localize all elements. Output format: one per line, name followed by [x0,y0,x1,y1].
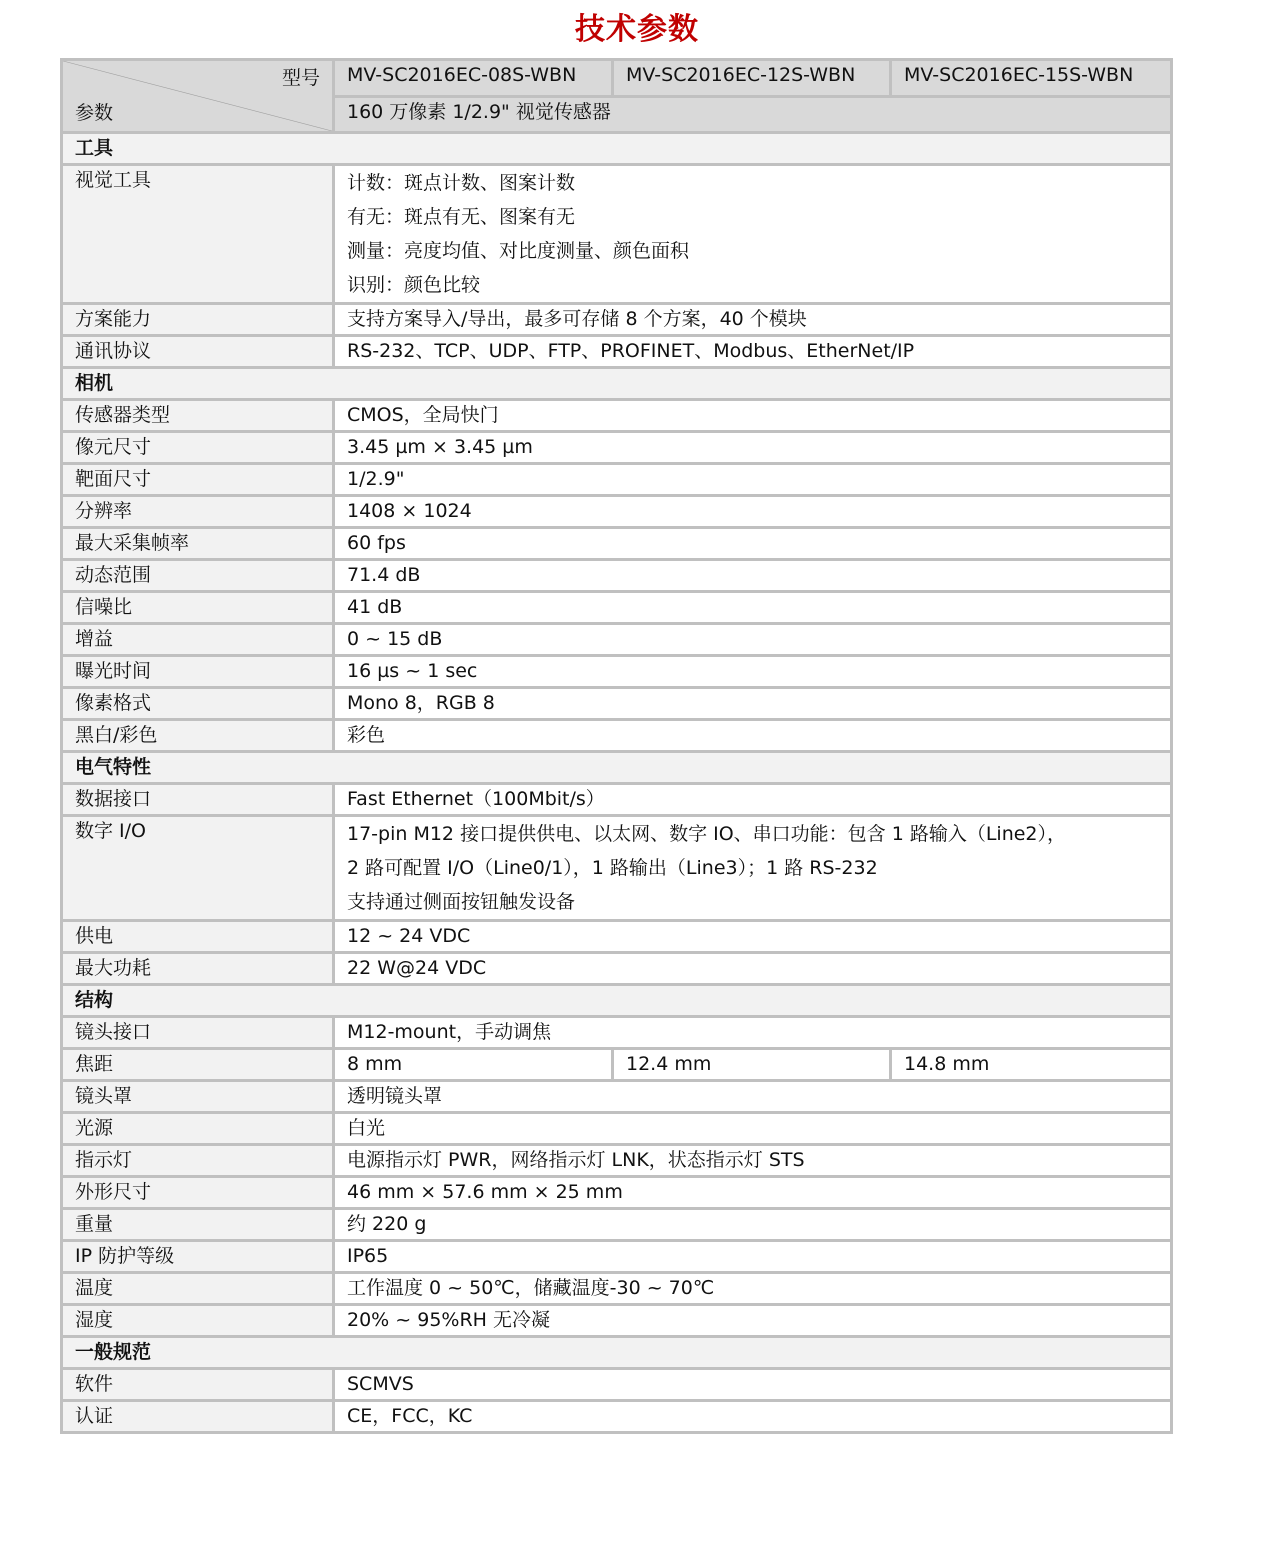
table-row: IP 防护等级IP65 [62,1241,1172,1273]
row-label: 焦距 [62,1049,334,1081]
vision-tools-value: 计数：斑点计数、图案计数 有无：斑点有无、图案有无 测量：亮度均值、对比度测量、… [334,165,1172,304]
row-value: 3.45 µm × 3.45 µm [334,432,1172,464]
digital-io-value: 17-pin M12 接口提供供电、以太网、数字 IO、串口功能：包含 1 路输… [334,816,1172,921]
table-row: 重量约 220 g [62,1209,1172,1241]
row-label: 分辨率 [62,496,334,528]
table-row: 像素格式Mono 8，RGB 8 [62,688,1172,720]
table-row: 数字 I/O 17-pin M12 接口提供供电、以太网、数字 IO、串口功能：… [62,816,1172,921]
row-value: 1/2.9" [334,464,1172,496]
table-row: 黑白/彩色彩色 [62,720,1172,752]
row-value: 约 220 g [334,1209,1172,1241]
row-label: 最大采集帧率 [62,528,334,560]
table-row: 光源白光 [62,1113,1172,1145]
row-value: 工作温度 0 ~ 50℃，储藏温度-30 ~ 70℃ [334,1273,1172,1305]
table-row: 最大采集帧率60 fps [62,528,1172,560]
table-row: 认证CE，FCC，KC [62,1401,1172,1433]
table-row: 最大功耗 22 W@24 VDC [62,953,1172,985]
row-value: 1408 × 1024 [334,496,1172,528]
corner-cell: 型号 参数 [62,60,334,133]
row-value: 白光 [334,1113,1172,1145]
row-value: 20% ~ 95%RH 无冷凝 [334,1305,1172,1337]
value-line: 识别：颜色比较 [347,268,1158,302]
row-label: 数据接口 [62,784,334,816]
table-row: 传感器类型CMOS，全局快门 [62,400,1172,432]
row-label: 重量 [62,1209,334,1241]
row-value: 12 ~ 24 VDC [334,921,1172,953]
row-label: 镜头罩 [62,1081,334,1113]
section-camera: 相机 [62,368,1172,400]
focal-length-1: 8 mm [334,1049,613,1081]
row-value: IP65 [334,1241,1172,1273]
focal-length-2: 12.4 mm [613,1049,891,1081]
row-value: 支持方案导入/导出，最多可存储 8 个方案，40 个模块 [334,304,1172,336]
row-label: 黑白/彩色 [62,720,334,752]
row-label: 方案能力 [62,304,334,336]
section-structure: 结构 [62,985,1172,1017]
row-value: 41 dB [334,592,1172,624]
row-label: 认证 [62,1401,334,1433]
row-label: 数字 I/O [62,816,334,921]
row-label: 信噪比 [62,592,334,624]
value-line: 测量：亮度均值、对比度测量、颜色面积 [347,234,1158,268]
table-row: 曝光时间16 µs ~ 1 sec [62,656,1172,688]
row-label: 外形尺寸 [62,1177,334,1209]
table-row: 镜头罩透明镜头罩 [62,1081,1172,1113]
row-value: Fast Ethernet（100Mbit/s） [334,784,1172,816]
table-row: 数据接口 Fast Ethernet（100Mbit/s） [62,784,1172,816]
table-row: 动态范围71.4 dB [62,560,1172,592]
row-label: 供电 [62,921,334,953]
row-label: 曝光时间 [62,656,334,688]
table-row: 通讯协议 RS-232、TCP、UDP、FTP、PROFINET、Modbus、… [62,336,1172,368]
row-value: 透明镜头罩 [334,1081,1172,1113]
row-label: 光源 [62,1113,334,1145]
row-value: M12-mount，手动调焦 [334,1017,1172,1049]
table-row: 焦距 8 mm 12.4 mm 14.8 mm [62,1049,1172,1081]
table-row: 增益0 ~ 15 dB [62,624,1172,656]
row-value: RS-232、TCP、UDP、FTP、PROFINET、Modbus、Ether… [334,336,1172,368]
row-label: 靶面尺寸 [62,464,334,496]
value-line: 2 路可配置 I/O（Line0/1），1 路输出（Line3）；1 路 RS-… [347,851,1158,885]
table-row: 像元尺寸3.45 µm × 3.45 µm [62,432,1172,464]
section-electrical: 电气特性 [62,752,1172,784]
row-label: 增益 [62,624,334,656]
row-label: IP 防护等级 [62,1241,334,1273]
table-row: 指示灯电源指示灯 PWR，网络指示灯 LNK，状态指示灯 STS [62,1145,1172,1177]
row-value: SCMVS [334,1369,1172,1401]
row-label: 温度 [62,1273,334,1305]
row-label: 动态范围 [62,560,334,592]
row-label: 软件 [62,1369,334,1401]
header-row-models: 型号 参数 MV-SC2016EC-08S-WBN MV-SC2016EC-12… [62,60,1172,97]
table-row: 镜头接口 M12-mount，手动调焦 [62,1017,1172,1049]
table-row: 信噪比41 dB [62,592,1172,624]
table-row: 分辨率1408 × 1024 [62,496,1172,528]
row-value: 46 mm × 57.6 mm × 25 mm [334,1177,1172,1209]
model-header-1: MV-SC2016EC-08S-WBN [334,60,613,97]
row-value: 彩色 [334,720,1172,752]
focal-length-3: 14.8 mm [891,1049,1172,1081]
value-line: 17-pin M12 接口提供供电、以太网、数字 IO、串口功能：包含 1 路输… [347,817,1158,851]
value-line: 有无：斑点有无、图案有无 [347,200,1158,234]
row-label: 镜头接口 [62,1017,334,1049]
page-title: 技术参数 [0,4,1274,48]
corner-model-label: 型号 [282,64,320,93]
row-value: 60 fps [334,528,1172,560]
table-row: 视觉工具 计数：斑点计数、图案计数 有无：斑点有无、图案有无 测量：亮度均值、对… [62,165,1172,304]
table-row: 湿度20% ~ 95%RH 无冷凝 [62,1305,1172,1337]
spec-table: 型号 参数 MV-SC2016EC-08S-WBN MV-SC2016EC-12… [60,58,1173,1434]
row-label: 最大功耗 [62,953,334,985]
row-value: 71.4 dB [334,560,1172,592]
value-line: 支持通过侧面按钮触发设备 [347,885,1158,919]
section-tools: 工具 [62,133,1172,165]
table-row: 温度工作温度 0 ~ 50℃，储藏温度-30 ~ 70℃ [62,1273,1172,1305]
row-label: 像元尺寸 [62,432,334,464]
row-value: 22 W@24 VDC [334,953,1172,985]
table-row: 靶面尺寸1/2.9" [62,464,1172,496]
row-value: 电源指示灯 PWR，网络指示灯 LNK，状态指示灯 STS [334,1145,1172,1177]
row-value: CMOS，全局快门 [334,400,1172,432]
table-row: 外形尺寸46 mm × 57.6 mm × 25 mm [62,1177,1172,1209]
row-value: 0 ~ 15 dB [334,624,1172,656]
row-label: 湿度 [62,1305,334,1337]
row-label: 通讯协议 [62,336,334,368]
table-row: 软件SCMVS [62,1369,1172,1401]
row-label: 视觉工具 [62,165,334,304]
table-row: 供电 12 ~ 24 VDC [62,921,1172,953]
model-header-3: MV-SC2016EC-15S-WBN [891,60,1172,97]
row-label: 传感器类型 [62,400,334,432]
table-row: 方案能力 支持方案导入/导出，最多可存储 8 个方案，40 个模块 [62,304,1172,336]
value-line: 计数：斑点计数、图案计数 [347,166,1158,200]
section-general: 一般规范 [62,1337,1172,1369]
corner-param-label: 参数 [75,99,113,128]
row-value: 16 µs ~ 1 sec [334,656,1172,688]
row-value: Mono 8，RGB 8 [334,688,1172,720]
product-subtitle: 160 万像素 1/2.9" 视觉传感器 [334,96,1172,133]
row-label: 指示灯 [62,1145,334,1177]
model-header-2: MV-SC2016EC-12S-WBN [613,60,891,97]
row-label: 像素格式 [62,688,334,720]
row-value: CE，FCC，KC [334,1401,1172,1433]
